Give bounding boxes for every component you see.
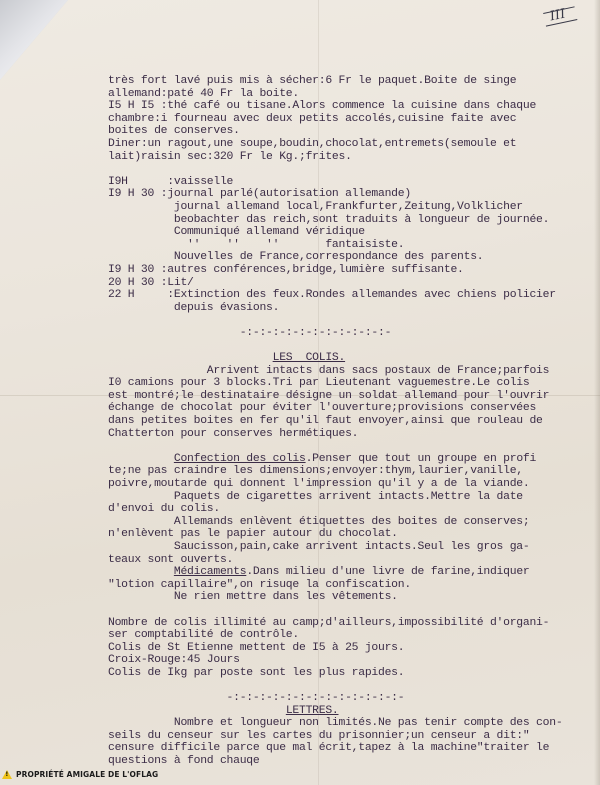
text-line: Chatterton pour conserves hermétiques. <box>108 428 600 441</box>
text-line: chambre:i fourneau avec deux petits acco… <box>108 113 600 126</box>
text-line: Diner:un ragout,une soupe,boudin,chocola… <box>108 138 600 151</box>
text-line: échange de chocolat pour éviter l'ouvert… <box>108 402 600 415</box>
text-line: Paquets de cigarettes arrivent intacts.M… <box>108 491 600 504</box>
text-line: LES COLIS. <box>108 352 600 365</box>
text-line: poivre,moutarde qui donnent l'impression… <box>108 478 600 491</box>
document-body: très fort lavé puis mis à sécher:6 Fr le… <box>108 75 600 768</box>
text-line: '' '' '' fantaisiste. <box>108 239 600 252</box>
text-line: Saucisson,pain,cake arrivent intacts.Seu… <box>108 541 600 554</box>
text-line: beobachter das reich,sont traduits à lon… <box>108 214 600 227</box>
text-line: I9 H 30 :journal parlé(autorisation alle… <box>108 188 600 201</box>
text-line: est montré;le destinataire désigne un so… <box>108 390 600 403</box>
text-line: allemand:paté 40 Fr la boite. <box>108 88 600 101</box>
text-line: Croix-Rouge:45 Jours <box>108 654 600 667</box>
text-line: I9 H 30 :autres conférences,bridge,lumiè… <box>108 264 600 277</box>
text-line: 20 H 30 :Lit/ <box>108 277 600 290</box>
blank-line <box>108 314 600 327</box>
text-line: dans petites boites en fer qu'il faut en… <box>108 415 600 428</box>
blank-line <box>108 339 600 352</box>
text-line: Colis de St Etienne mettent de I5 à 25 j… <box>108 642 600 655</box>
text-line: 22 H :Extinction des feux.Rondes alleman… <box>108 289 600 302</box>
text-line: seils du censeur sur les cartes du priso… <box>108 730 600 743</box>
text-line: Nombre et longueur non limités.Ne pas te… <box>108 717 600 730</box>
text-line: Nouvelles de France,correspondance des p… <box>108 251 600 264</box>
text-line: Ne rien mettre dans les vêtements. <box>108 591 600 604</box>
text-line: Confection des colis.Penser que tout un … <box>108 453 600 466</box>
text-line: Allemands enlèvent étiquettes des boites… <box>108 516 600 529</box>
footer-text: PROPRIÉTÉ AMIGALE DE L'OFLAG <box>16 770 158 779</box>
underlined-heading: LETTRES. <box>286 705 339 717</box>
text-line: lait)raisin sec:320 Fr le Kg.;frites. <box>108 151 600 164</box>
text-line: I5 H I5 :thé café ou tisane.Alors commen… <box>108 100 600 113</box>
text-line: censure difficile parce que mal écrit,ta… <box>108 742 600 755</box>
handwritten-page-number: III <box>549 7 567 25</box>
text-line: n'enlèvent pas le papier autour du choco… <box>108 528 600 541</box>
text-line: Arrivent intacts dans sacs postaux de Fr… <box>108 365 600 378</box>
text-line: -:-:-:-:-:-:-:-:-:-:-:- <box>108 327 600 340</box>
text-line: teaux sont ouverts. <box>108 554 600 567</box>
text-line: I9H :vaisselle <box>108 176 600 189</box>
text-line: d'envoi du colis. <box>108 503 600 516</box>
blank-line <box>108 680 600 693</box>
text-line: très fort lavé puis mis à sécher:6 Fr le… <box>108 75 600 88</box>
text-line: Colis de Ikg par poste sont les plus rap… <box>108 667 600 680</box>
text-line: depuis évasions. <box>108 302 600 315</box>
text-line: I0 camions pour 3 blocks.Tri par Lieuten… <box>108 377 600 390</box>
warning-icon: ! <box>2 770 12 779</box>
text-line: questions à fond chauqe <box>108 755 600 768</box>
watermark-footer: ! PROPRIÉTÉ AMIGALE DE L'OFLAG <box>2 770 158 779</box>
text-line: te;ne pas craindre les dimensions;envoye… <box>108 465 600 478</box>
text-line: journal allemand local,Frankfurter,Zeitu… <box>108 201 600 214</box>
text-line: "lotion capillaire",on risuqe la confisc… <box>108 579 600 592</box>
text-line: Médicaments.Dans milieu d'une livre de f… <box>108 566 600 579</box>
text-line: boites de conserves. <box>108 125 600 138</box>
text-line: LETTRES. <box>108 705 600 718</box>
text-line: Nombre de colis illimité au camp;d'aille… <box>108 617 600 630</box>
blank-line <box>108 604 600 617</box>
text-line: ser comptabilité de contrôle. <box>108 629 600 642</box>
text-line: -:-:-:-:-:-:-:-:-:-:-:-:-:- <box>108 692 600 705</box>
underlined-heading: LES COLIS. <box>273 352 345 364</box>
text-line: Communiqué allemand véridique <box>108 226 600 239</box>
blank-line <box>108 440 600 453</box>
underlined-heading: Médicaments <box>174 566 246 578</box>
underlined-heading: Confection des colis <box>174 453 306 465</box>
blank-line <box>108 163 600 176</box>
